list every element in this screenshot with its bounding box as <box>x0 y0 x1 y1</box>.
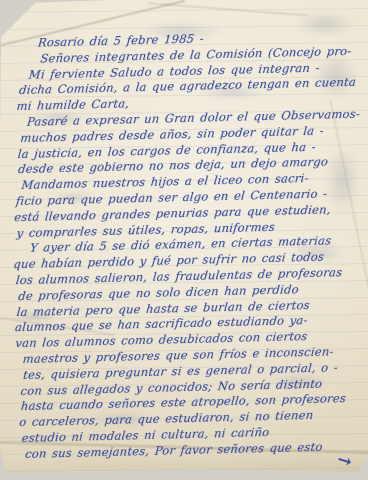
letter-photo: Rosario día 5 febre 1985 - Señores integ… <box>0 0 368 480</box>
letter-paper: Rosario día 5 febre 1985 - Señores integ… <box>0 0 368 480</box>
handwriting-block: Rosario día 5 febre 1985 - Señores integ… <box>0 28 365 463</box>
